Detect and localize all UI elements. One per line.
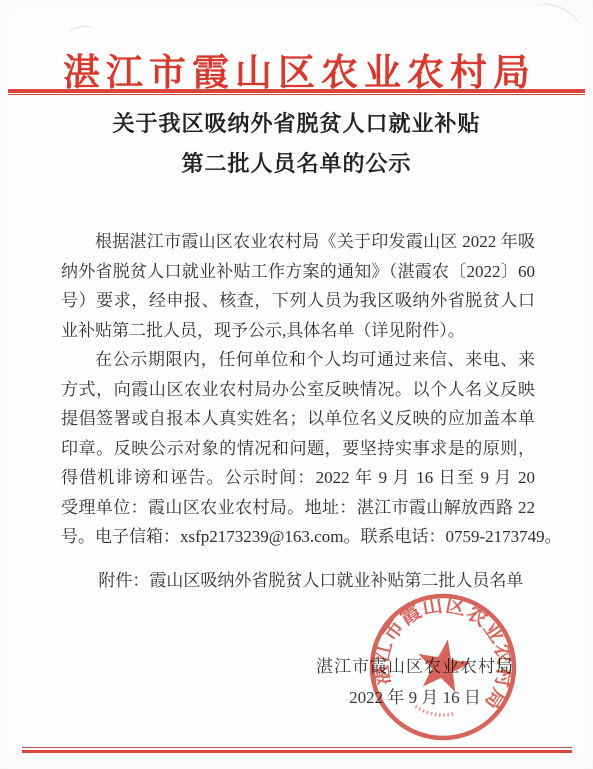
paragraph-1-line: 业补贴第二批人员，现予公示,具体名单（详见附件）。 <box>61 316 535 346</box>
paragraph-1-line: 根据湛江市霞山区农业农村局《关于印发霞山区 2022 年吸 <box>61 227 535 257</box>
paragraph-2-line: 提倡签署或自报本人真实姓名；以单位名义反映的应加盖本单位 <box>61 404 535 434</box>
footer-divider <box>22 747 572 753</box>
paragraph-2-line: 方式，向霞山区农业农村局办公室反映情况。以个人名义反映的 <box>61 375 535 405</box>
attachment-note: 附件：霞山区吸纳外省脱贫人口就业补贴第二批人员名单 <box>61 566 561 596</box>
signature-date: 2022 年 9 月 16 日 <box>315 687 515 709</box>
signature-block: 湛江市霞山区农业农村局 2022 年 9 月 16 日 <box>315 656 515 709</box>
document-title-line-1: 关于我区吸纳外省脱贫人口就业补贴 <box>0 104 593 144</box>
paragraph-1-line: 号）要求，经申报、核查，下列人员为我区吸纳外省脱贫人口就 <box>61 286 535 316</box>
paragraph-2-line: 印章。反映公示对象的情况和问题，要坚持实事求是的原则，不 <box>61 434 535 464</box>
body-text: 根据湛江市霞山区农业农村局《关于印发霞山区 2022 年吸 纳外省脱贫人口就业补… <box>61 227 535 552</box>
document-title: 关于我区吸纳外省脱贫人口就业补贴 第二批人员名单的公示 <box>0 104 593 184</box>
document-title-line-2: 第二批人员名单的公示 <box>0 144 593 184</box>
document-page: 湛江市霞山区农业农村局 关于我区吸纳外省脱贫人口就业补贴 第二批人员名单的公示 … <box>0 0 593 769</box>
scan-artifact <box>527 0 586 43</box>
agency-letterhead: 湛江市霞山区农业农村局 <box>0 42 593 96</box>
paragraph-2-line: 得借机诽谤和诬告。公示时间：2022 年 9 月 16 日至 9 月 20 日。 <box>61 463 535 493</box>
letterhead-divider <box>8 89 585 95</box>
paragraph-2-line: 在公示期限内，任何单位和个人均可通过来信、来电、来访 <box>61 345 535 375</box>
scan-artifact <box>67 23 95 40</box>
signature-agency: 湛江市霞山区农业农村局 <box>315 656 515 678</box>
paragraph-1-line: 纳外省脱贫人口就业补贴工作方案的通知》（湛霞农〔2022〕60 <box>61 257 535 287</box>
paragraph-2-line: 受理单位：霞山区农业农村局。地址：湛江市霞山解放西路 22 <box>61 493 535 523</box>
paragraph-2-line: 号。电子信箱：xsfp2173239@163.com。联系电话：0759-217… <box>61 522 535 552</box>
